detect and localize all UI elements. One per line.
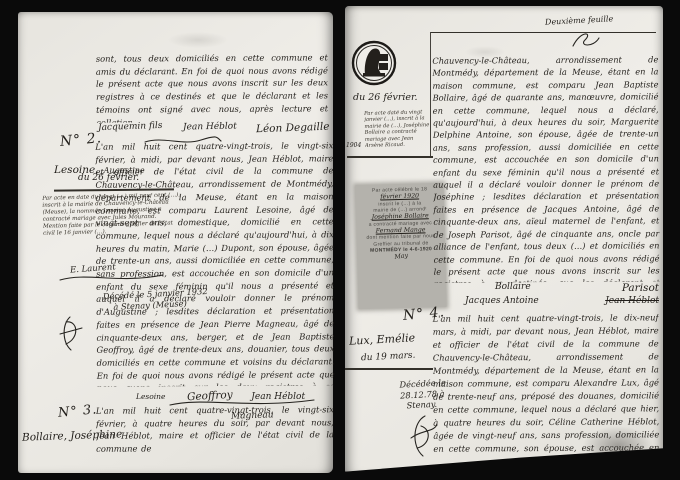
act3-body: Chauvency-le-Château, arrondissement de … — [432, 53, 659, 282]
signature: Jean Héblot — [605, 296, 659, 306]
form-rule-top — [430, 32, 656, 33]
paraph-flourish — [54, 314, 88, 354]
signature: Jacques Antoine — [465, 296, 539, 306]
paper-stain — [168, 32, 228, 48]
margin-rule — [345, 368, 433, 370]
act3-marriage-mention: Par acte daté du vingt janvier (…), insc… — [364, 109, 434, 183]
signature: Jean Héblot — [182, 122, 236, 133]
signature: Bollaire — [495, 282, 531, 294]
fiscal-revenue-stamp-icon — [351, 38, 397, 88]
act3-signature-row1: Bollaire Parisot — [495, 282, 659, 294]
signature: Lesoine — [136, 392, 165, 401]
right-page: Deuxième feuille du 26 février. Par acte… — [345, 6, 663, 474]
act3-signature-row2: Jacques Antoine Jean Héblot — [465, 296, 659, 306]
act3-margin-number: N° 3. — [57, 402, 98, 420]
act4-margin-date: du 19 mars. — [361, 351, 416, 364]
sheet-label: Deuxième feuille — [545, 14, 614, 27]
act4-body: L'an mil huit cent quatre-vingt-trois, l… — [433, 311, 660, 456]
act1-signature-row: Jacquemin fils Jean Héblot Léon Degaille — [98, 122, 330, 134]
signature: Parisot — [622, 282, 659, 294]
mention-year: 1904 — [346, 142, 361, 149]
act3-margin-date: du 26 février. — [353, 92, 418, 103]
act3-body-start: L'an mil huit cent quatre-vingt-trois, l… — [96, 403, 334, 456]
registry-scan: sont, tous deux domiciliés en cette comm… — [0, 0, 680, 480]
signature: Jacquemin fils — [98, 121, 163, 133]
signature: Léon Degaille — [256, 121, 330, 136]
act2-body: L'an mil huit cent quatre-vingt-trois, l… — [95, 139, 334, 386]
act1-body-end: sont, tous deux domiciliés en cette comm… — [96, 51, 328, 122]
left-page: sont, tous deux domiciliés en cette comm… — [18, 12, 333, 473]
act4-margin-name: Lux, Emélie — [349, 331, 416, 347]
